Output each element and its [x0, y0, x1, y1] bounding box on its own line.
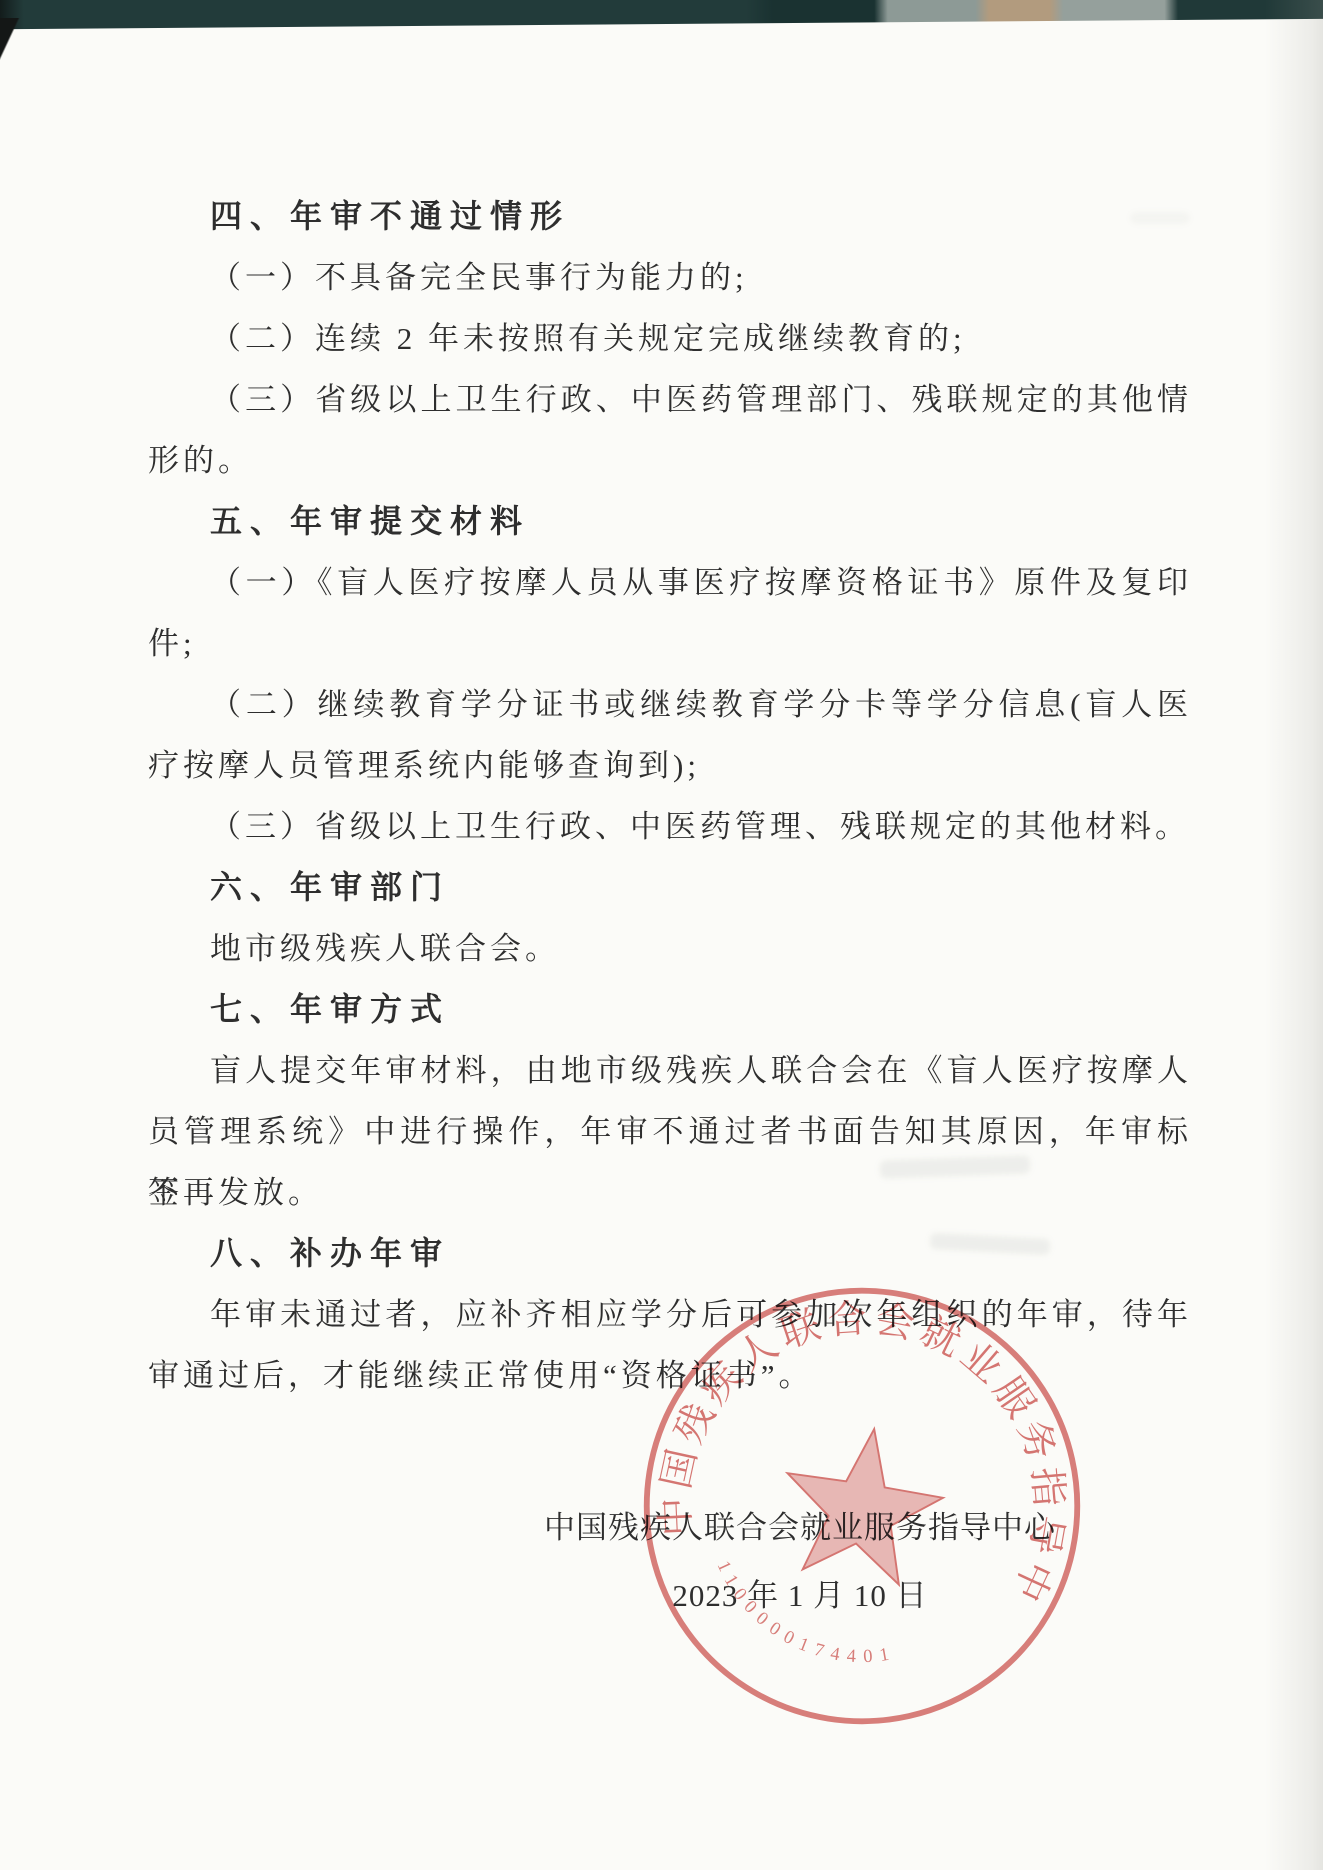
- doc-line: 地市级残疾人联合会。: [148, 918, 1192, 979]
- seal-serial-number: 1100000174401: [700, 1555, 910, 1674]
- section-heading: 五、年审提交材料: [148, 491, 1192, 552]
- doc-line: 不再发放。: [148, 1162, 1192, 1223]
- doc-line: （二）继续教育学分证书或继续教育学分卡等学分信息(盲人医: [148, 674, 1192, 735]
- section-heading: 六、年审部门: [148, 857, 1192, 918]
- section-heading: 七、年审方式: [148, 979, 1192, 1040]
- doc-line: （二）连续 2 年未按照有关规定完成继续教育的;: [148, 308, 1192, 369]
- seal-graphic: 中国残疾人联合会就业服务指导中心 1100000174401: [606, 1250, 1119, 1763]
- doc-line: 盲人提交年审材料，由地市级残疾人联合会在《盲人医疗按摩人: [148, 1040, 1192, 1101]
- doc-line: （三）省级以上卫生行政、中医药管理、残联规定的其他材料。: [148, 796, 1192, 857]
- doc-line: 形的。: [148, 430, 1192, 491]
- bleed-through-smudge: [1130, 212, 1190, 224]
- doc-line: 件;: [148, 613, 1192, 674]
- doc-line: （一）不具备完全民事行为能力的;: [148, 247, 1192, 308]
- doc-line: 疗按摩人员管理系统内能够查询到);: [148, 735, 1192, 796]
- seal-star-icon: [773, 1417, 952, 1590]
- scan-edge-artifact: [0, 0, 1323, 29]
- doc-line: （三）省级以上卫生行政、中医药管理部门、残联规定的其他情: [148, 369, 1192, 430]
- doc-line: （一）《盲人医疗按摩人员从事医疗按摩资格证书》原件及复印: [148, 552, 1192, 613]
- scanned-document-page: 四、年审不通过情形 （一）不具备完全民事行为能力的; （二）连续 2 年未按照有…: [0, 0, 1323, 1870]
- scan-corner-artifact: [0, 18, 26, 64]
- section-heading: 四、年审不通过情形: [148, 186, 1192, 247]
- document-body: 四、年审不通过情形 （一）不具备完全民事行为能力的; （二）连续 2 年未按照有…: [148, 186, 1192, 1406]
- official-red-seal: 中国残疾人联合会就业服务指导中心 1100000174401: [606, 1250, 1119, 1763]
- scan-right-edge-shade: [1265, 0, 1323, 1870]
- seal-serial-textpath: 1100000174401: [700, 1555, 910, 1674]
- doc-line: 员管理系统》中进行操作，年审不通过者书面告知其原因，年审标签: [148, 1101, 1192, 1162]
